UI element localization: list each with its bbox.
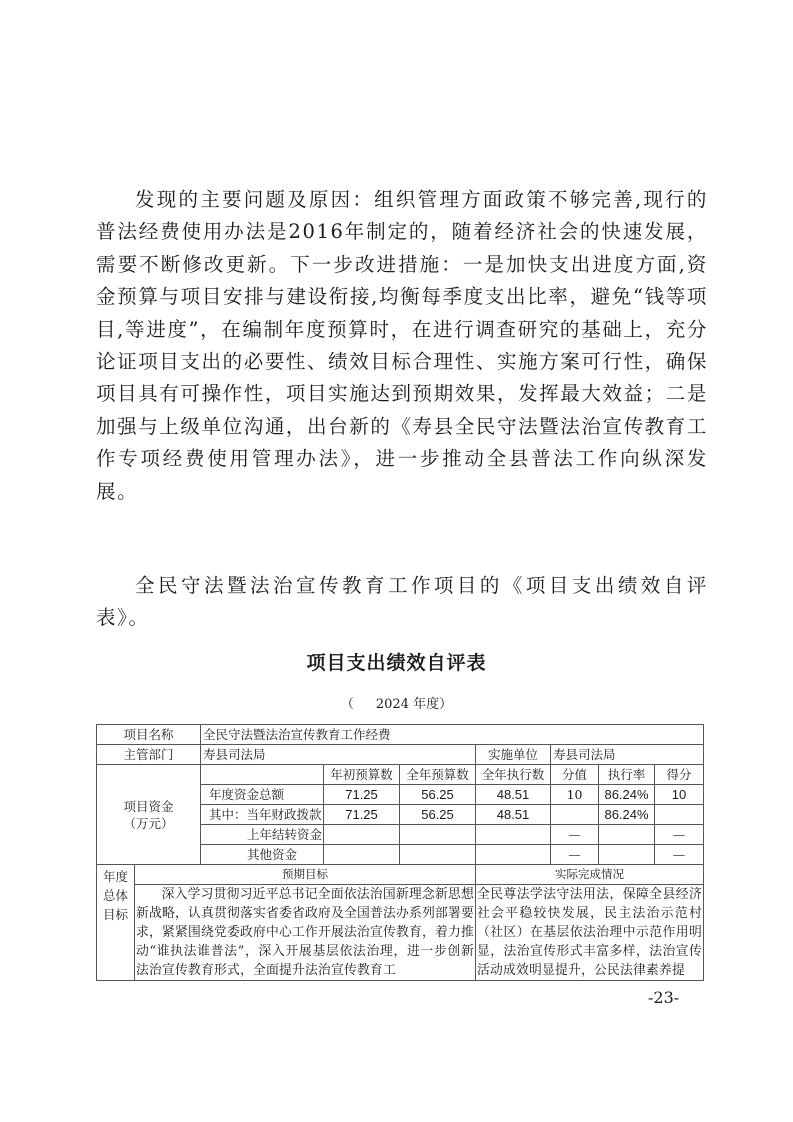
cell-executed xyxy=(476,825,551,845)
col-header-score-weight: 分值 xyxy=(551,765,599,785)
cell-executed xyxy=(476,845,551,865)
page-number: -23- xyxy=(648,988,679,1007)
col-header-full-year: 全年预算数 xyxy=(400,765,476,785)
project-name-label: 项目名称 xyxy=(97,725,201,745)
expected-goal-header: 预期目标 xyxy=(135,865,476,885)
cell-score: 10 xyxy=(655,785,704,805)
funds-label-line2: （万元） xyxy=(99,815,198,832)
cell-score: — xyxy=(655,845,704,865)
dept-label: 主管部门 xyxy=(97,745,201,765)
annual-goal-label: 年度总体目标 xyxy=(97,865,135,981)
cell-full-year xyxy=(400,845,476,865)
impl-unit-label: 实施单位 xyxy=(476,745,551,765)
row-label: 上年结转资金 xyxy=(201,825,324,845)
cell-executed: 48.51 xyxy=(476,785,551,805)
table-year: （2024 年度） xyxy=(0,693,793,712)
cell-score-weight: — xyxy=(551,825,599,845)
row-label: 其中：当年财政拨款 xyxy=(201,805,324,825)
header-blank xyxy=(201,765,324,785)
cell-rate: 86.24% xyxy=(599,785,655,805)
table-row-goal-headers: 年度总体目标 预期目标 实际完成情况 xyxy=(97,865,704,885)
actual-header: 实际完成情况 xyxy=(476,865,704,885)
year-open-paren: （ xyxy=(341,697,354,712)
cell-initial xyxy=(324,845,400,865)
impl-unit-value: 寿县司法局 xyxy=(551,745,704,765)
cell-score-weight: 10 xyxy=(551,785,599,805)
body-paragraph-table-intro: 全民守法暨法治宣传教育工作项目的《项目支出绩效自评表》。 xyxy=(96,570,708,635)
col-header-initial: 年初预算数 xyxy=(324,765,400,785)
project-name-value: 全民守法暨法治宣传教育工作经费 xyxy=(201,725,704,745)
cell-score xyxy=(655,805,704,825)
body-paragraph-problems: 发现的主要问题及原因：组织管理方面政策不够完善,现行的普法经费使用办法是2016… xyxy=(96,184,708,508)
funds-label-line1: 项目资金 xyxy=(99,798,198,815)
year-value: 2024 年度） xyxy=(376,697,452,712)
col-header-score: 得分 xyxy=(655,765,704,785)
cell-score: — xyxy=(655,825,704,845)
dept-value: 寿县司法局 xyxy=(201,745,476,765)
row-label: 其他资金 xyxy=(201,845,324,865)
cell-rate xyxy=(599,825,655,845)
cell-rate: 86.24% xyxy=(599,805,655,825)
cell-initial xyxy=(324,825,400,845)
table-title: 项目支出绩效自评表 xyxy=(0,648,793,675)
expected-goal-text: 深入学习贯彻习近平总书记全面依法治国新理念新思想新战略，认真贯彻落实省委省政府及… xyxy=(135,885,476,981)
cell-initial: 71.25 xyxy=(324,785,400,805)
cell-score-weight xyxy=(551,805,599,825)
col-header-executed: 全年执行数 xyxy=(476,765,551,785)
col-header-rate: 执行率 xyxy=(599,765,655,785)
cell-score-weight: — xyxy=(551,845,599,865)
table-row-goal-content: 深入学习贯彻习近平总书记全面依法治国新理念新思想新战略，认真贯彻落实省委省政府及… xyxy=(97,885,704,981)
table-row-project-name: 项目名称 全民守法暨法治宣传教育工作经费 xyxy=(97,725,704,745)
table-header-row: 项目资金 （万元） 年初预算数 全年预算数 全年执行数 分值 执行率 得分 xyxy=(97,765,704,785)
cell-initial: 71.25 xyxy=(324,805,400,825)
performance-table: 项目名称 全民守法暨法治宣传教育工作经费 主管部门 寿县司法局 实施单位 寿县司… xyxy=(96,724,704,981)
funds-label: 项目资金 （万元） xyxy=(97,765,201,865)
table-row-department: 主管部门 寿县司法局 实施单位 寿县司法局 xyxy=(97,745,704,765)
cell-full-year xyxy=(400,825,476,845)
cell-executed: 48.51 xyxy=(476,805,551,825)
cell-full-year: 56.25 xyxy=(400,785,476,805)
actual-text: 全民尊法学法守法用法，保障全县经济社会平稳较快发展，民主法治示范村（社区）在基层… xyxy=(476,885,704,981)
row-label: 年度资金总额 xyxy=(201,785,324,805)
cell-full-year: 56.25 xyxy=(400,805,476,825)
cell-rate xyxy=(599,845,655,865)
